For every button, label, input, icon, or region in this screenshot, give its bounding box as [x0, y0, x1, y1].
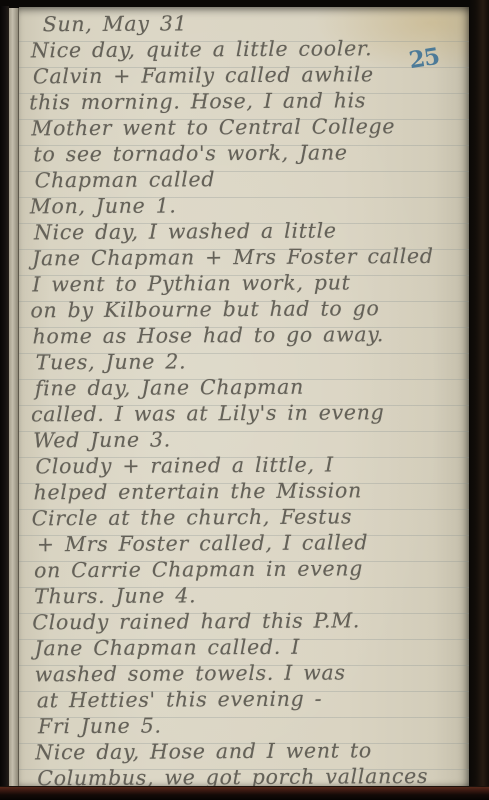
journal-line: Cloudy + rained a little, I: [35, 451, 471, 480]
binding-edge: [0, 6, 9, 790]
journal-line: home as Hose had to go away.: [33, 321, 469, 350]
book-cover-edge: [469, 0, 489, 800]
journal-line: to see tornado's work, Jane: [33, 139, 469, 168]
journal-line: on by Kilbourne but had to go: [30, 295, 466, 324]
journal-line: Mother went to Central College: [31, 113, 467, 142]
journal-line: washed some towels. I was: [35, 659, 471, 688]
book-bottom-edge: [0, 786, 489, 800]
journal-line: helped entertain the Mission: [33, 477, 469, 506]
journal-line: Tues, June 2.: [36, 347, 472, 376]
journal-line: Fri June 5.: [38, 711, 474, 740]
journal-line: Jane Chapman called. I: [34, 633, 470, 662]
page-stack-edge: [9, 8, 19, 790]
journal-line: + Mrs Foster called, I called: [37, 529, 473, 558]
journal-line: Chapman called: [35, 165, 471, 194]
journal-line: on Carrie Chapman in eveng: [34, 555, 470, 584]
journal-line: Mon, June 1.: [30, 191, 466, 220]
diary-photo: 25 Sun, May 31 Nice day, quite a little …: [0, 0, 489, 800]
journal-line: Wed June 3.: [33, 425, 469, 454]
journal-line: Jane Chapman + Mrs Foster called: [32, 243, 468, 272]
journal-line: fine day, Jane Chapman: [35, 373, 471, 402]
handwritten-text: Sun, May 31 Nice day, quite a little coo…: [31, 9, 472, 792]
journal-line: Nice day, quite a little cooler.: [31, 35, 467, 64]
journal-line: this morning. Hose, I and his: [29, 87, 465, 116]
journal-line: I went to Pythian work, put: [32, 269, 468, 298]
journal-line: Nice day, I washed a little: [34, 217, 470, 246]
journal-line: Thurs. June 4.: [34, 581, 470, 610]
journal-line: called. I was at Lily's in eveng: [31, 399, 467, 428]
journal-line: at Hetties' this evening -: [37, 685, 473, 714]
journal-line: Cloudy rained hard this P.M.: [32, 607, 468, 636]
journal-line: Nice day, Hose and I went to: [35, 737, 471, 766]
journal-page: 25 Sun, May 31 Nice day, quite a little …: [19, 7, 469, 787]
journal-line: Sun, May 31: [31, 9, 467, 38]
journal-line: Circle at the church, Festus: [32, 503, 468, 532]
journal-line: Calvin + Family called awhile: [33, 61, 469, 90]
